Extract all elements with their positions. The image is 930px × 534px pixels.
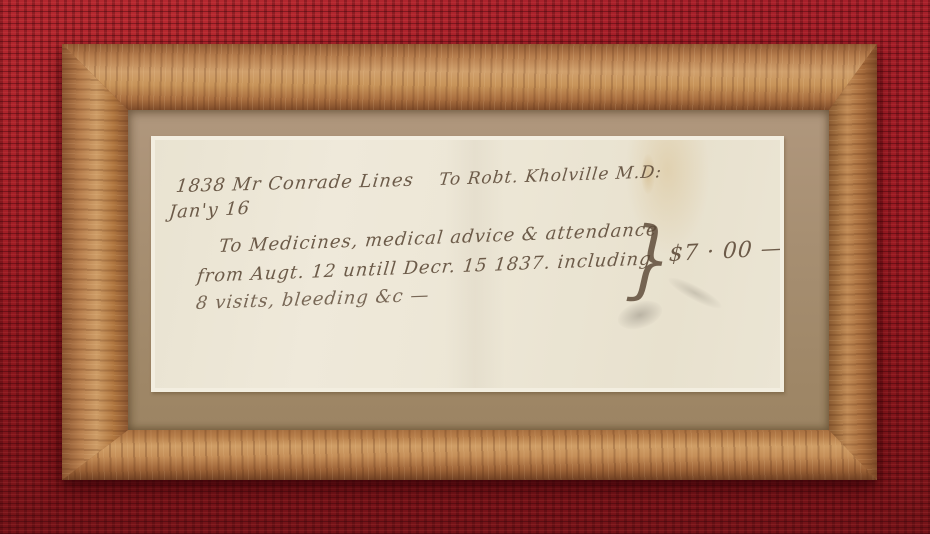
handwriting-curly-brace: } bbox=[624, 208, 675, 311]
frame-bottom-rail bbox=[62, 430, 877, 480]
paper-window: 1838 Mr Conrade Lines To Robt. Kholville… bbox=[151, 136, 784, 392]
handwriting-service-line-3: 8 visits, bleeding &c — bbox=[195, 285, 431, 314]
wooden-frame: 1838 Mr Conrade Lines To Robt. Kholville… bbox=[62, 44, 877, 480]
frame-top-rail bbox=[62, 44, 877, 110]
handwriting-year-and-name: 1838 Mr Conrade Lines bbox=[175, 170, 415, 197]
handwriting-amount: $7 · 00 — bbox=[668, 236, 780, 267]
mat-board: 1838 Mr Conrade Lines To Robt. Kholville… bbox=[128, 110, 829, 430]
frame-right-rail bbox=[829, 44, 877, 480]
photo-scene: 1838 Mr Conrade Lines To Robt. Kholville… bbox=[0, 0, 930, 534]
frame-left-rail bbox=[62, 44, 128, 480]
ink-smudge bbox=[665, 273, 725, 314]
handwriting-date: Jan'y 16 bbox=[168, 198, 251, 223]
document-paper: 1838 Mr Conrade Lines To Robt. Kholville… bbox=[155, 140, 780, 388]
